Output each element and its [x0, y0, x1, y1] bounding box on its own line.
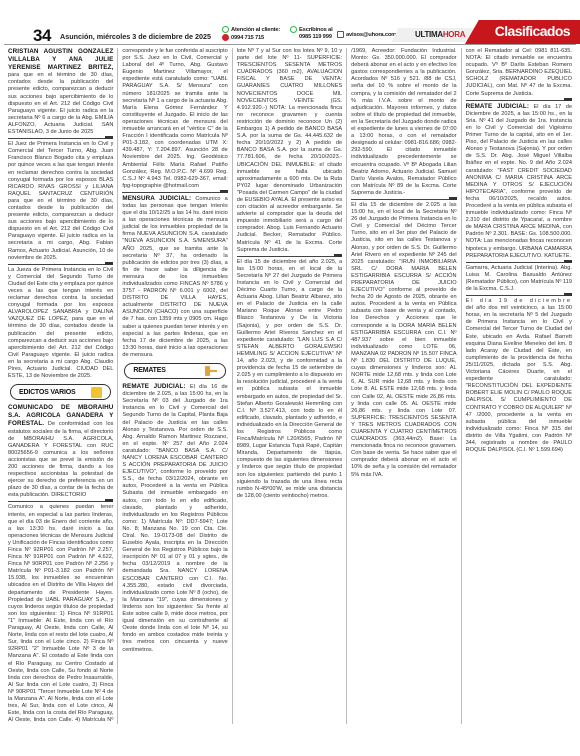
column-5: con el Rematador al Cel: 0981 811-635. N…: [462, 48, 576, 724]
whatsapp-icon: [222, 26, 229, 33]
notice-divider: [8, 501, 113, 502]
notice-body: De conformidad con los estatutos sociale…: [8, 421, 113, 498]
gavel-icon: [203, 366, 217, 377]
logo-ultima: ULTIMA: [415, 30, 443, 39]
document-icon: [91, 387, 102, 398]
notice: La Jueza de Primera Instancia en lo Civi…: [8, 267, 113, 381]
notice-body: El día 15 de diciembre de 2.025 a las 15…: [351, 202, 456, 478]
notice-divider: [466, 262, 572, 263]
write-us-phone[interactable]: 0985 119 999: [299, 34, 332, 40]
notice: /1969, Acreedor: Fundación Industrial. M…: [351, 48, 456, 197]
notice-lead: El día 19 de diciembre: [466, 298, 572, 304]
notice: CRISTIAN AGUSTIN GONZALEZ VILLALBA Y ANA…: [8, 48, 113, 136]
notice-body: del año dos mil veinticinco, a las 15:00…: [466, 305, 572, 453]
notice: El día 15 de diciembre de 2.025 a las 15…: [351, 202, 456, 479]
section-label: REMATES: [133, 367, 165, 374]
notice-body: Comunico a todas las personas que tengan…: [122, 196, 227, 358]
phone-icon: [222, 34, 229, 41]
section-banner: Clasificados: [465, 20, 580, 44]
notice: REMATE JUDICIAL: El día 16 de diciembre …: [122, 383, 227, 654]
notice-heading: REMATE JUDICIAL:: [122, 383, 185, 390]
notice-body: La Jueza de Primera Instancia en lo Civi…: [8, 267, 113, 379]
notice-divider: [8, 264, 113, 265]
whatsapp-icon: [290, 26, 297, 33]
notice: El Juez de Primera Instancia en lo Civil…: [8, 141, 113, 262]
customer-service-label: Atención al cliente:: [231, 27, 280, 33]
notice-body: El día 17 de Diciembre de 2025, a las 15…: [466, 104, 572, 259]
email-icon: [337, 31, 344, 38]
column-4: /1969, Acreedor: Fundación Industrial. M…: [347, 48, 461, 724]
notice-body: para que en el término de 30 días, conta…: [8, 72, 113, 135]
customer-service-phone[interactable]: 0994 715 715: [231, 35, 264, 41]
notice-body: El día 16 de diciembre de 2.025, a las 1…: [122, 384, 227, 652]
notice: COMUNICADO DE MBORAIHU S.A. AGRICOLA GAN…: [8, 404, 113, 499]
notice: REMATE JUDICIAL: El día 17 de Diciembre …: [466, 103, 572, 260]
notice-divider: [466, 295, 572, 296]
page-number: 34: [33, 26, 51, 46]
notice: corresponde y le fue conferida al suscri…: [122, 48, 227, 190]
notice-divider: [122, 192, 227, 193]
notice-divider: [237, 256, 342, 257]
column-3: lote Nº 7 y al Sur con los lotes Nº 9, 1…: [233, 48, 347, 724]
notice: El día 19 de diciembre del año dos mil v…: [466, 298, 572, 454]
column-2: corresponde y le fue conferida al suscri…: [118, 48, 232, 724]
notice-heading: MENSURA JUDICIAL:: [122, 195, 191, 202]
section-header-remates: REMATES: [124, 363, 225, 379]
section-label: EDICTOS VARIOS: [19, 389, 75, 396]
notice-body: Comunico a quienes puedan tener interés,…: [8, 504, 113, 724]
page-header: 34 Asunción, miércoles 3 de diciembre de…: [0, 0, 580, 38]
classifieds-columns: CRISTIAN AGUSTIN GONZALEZ VILLALBA Y ANA…: [4, 48, 576, 724]
notice: Comunico a quienes puedan tener interés,…: [8, 504, 113, 724]
notice: MENSURA JUDICIAL: Comunico a todas las p…: [122, 195, 227, 359]
write-us-label: Escribinos al: [299, 27, 332, 33]
notice-body: lote Nº 7 y al Sur con los lotes Nº 9, 1…: [237, 48, 342, 253]
section-title: Clasificados: [495, 23, 570, 39]
notice-divider: [466, 100, 572, 101]
notice-body: corresponde y le fue conferida al suscri…: [122, 48, 227, 189]
whatsapp-contact: Escribinos al 0985 119 999: [290, 26, 332, 41]
logo-hora: HORA: [443, 30, 465, 39]
newspaper-logo: ULTIMAHORA: [415, 30, 465, 39]
notice-body: /1969, Acreedor: Fundación Industrial. M…: [351, 48, 456, 196]
notice-body: Gamarra, Actuaria Judicial (Interina). A…: [466, 265, 572, 292]
notice: lote Nº 7 y al Sur con los lotes Nº 9, 1…: [237, 48, 342, 254]
column-1: CRISTIAN AGUSTIN GONZALEZ VILLALBA Y ANA…: [4, 48, 118, 724]
section-header-edictos: EDICTOS VARIOS: [10, 384, 111, 400]
customer-service-contact: Atención al cliente: 0994 715 715: [222, 26, 280, 42]
header-divider: [4, 44, 576, 45]
notice: con el Rematador al Cel: 0981 811-635. N…: [466, 48, 572, 98]
publication-date: Asunción, miércoles 3 de diciembre de 20…: [60, 32, 211, 41]
notice-heading: REMATE JUDICIAL:: [466, 103, 529, 110]
notice-heading: CRISTIAN AGUSTIN GONZALEZ VILLALBA Y ANA…: [8, 48, 113, 71]
notice-divider: [351, 199, 456, 200]
notice-body: con el Rematador al Cel: 0981 811-635. N…: [466, 48, 572, 97]
notice: El día 15 de diciembre del año 2.025, a …: [237, 259, 342, 500]
notice-divider: [8, 138, 113, 139]
notice-body: El Juez de Primera Instancia en lo Civil…: [8, 141, 113, 261]
notice: Gamarra, Actuaria Judicial (Interina). A…: [466, 265, 572, 293]
notice-body: El día 15 de diciembre del año 2.025, a …: [237, 259, 342, 499]
